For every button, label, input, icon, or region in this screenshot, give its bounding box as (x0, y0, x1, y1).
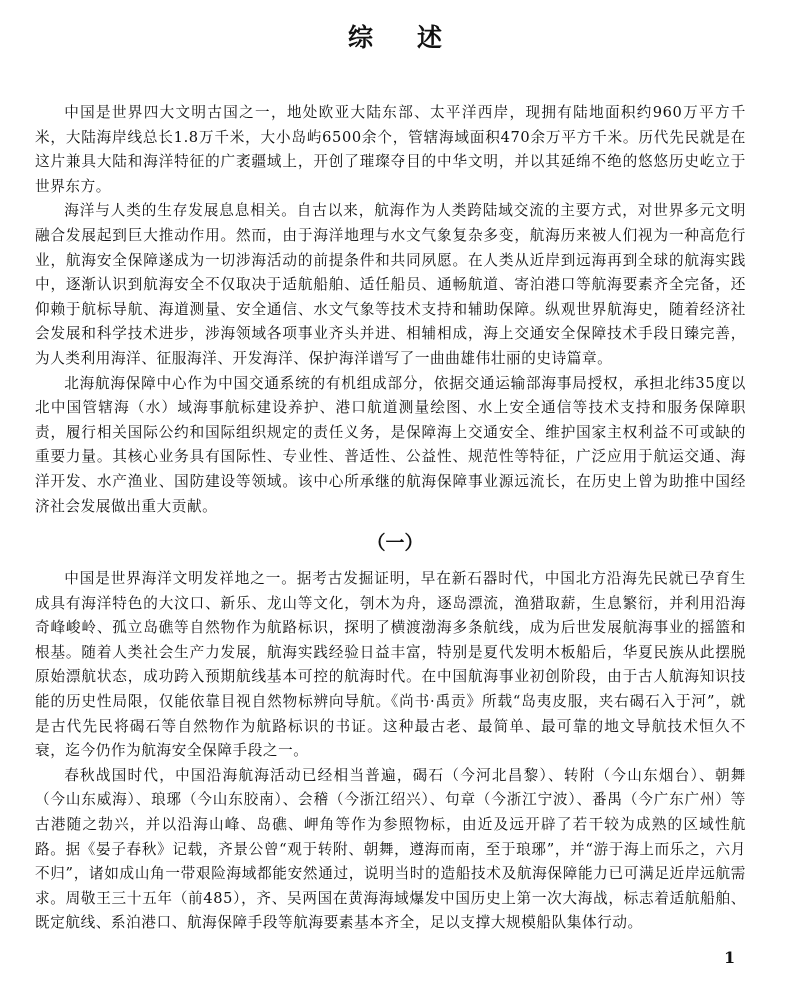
intro-paragraph-3: 北海航海保障中心作为中国交通系统的有机组成部分，依据交通运输部海事局授权，承担北… (35, 372, 746, 520)
section-1-paragraph-2: 春秋战国时代，中国沿海航海活动已经相当普遍，碣石（今河北昌黎）、转附（今山东烟台… (35, 764, 746, 936)
page-title: 综述 (0, 22, 790, 54)
section-heading-1: （一） (0, 530, 790, 556)
section-1-body: 中国是世界海洋文明发祥地之一。据考古发掘证明，早在新石器时代，中国北方沿海先民就… (35, 567, 746, 936)
intro-paragraph-2: 海洋与人类的生存发展息息相关。自古以来，航海作为人类跨陆域交流的主要方式，对世界… (35, 199, 746, 371)
intro-paragraph-1: 中国是世界四大文明古国之一，地处欧亚大陆东部、太平洋西岸，现拥有陆地面积约960… (35, 101, 746, 199)
intro-section: 中国是世界四大文明古国之一，地处欧亚大陆东部、太平洋西岸，现拥有陆地面积约960… (35, 101, 746, 519)
page-number: 1 (724, 948, 735, 967)
section-1-paragraph-1: 中国是世界海洋文明发祥地之一。据考古发掘证明，早在新石器时代，中国北方沿海先民就… (35, 567, 746, 764)
